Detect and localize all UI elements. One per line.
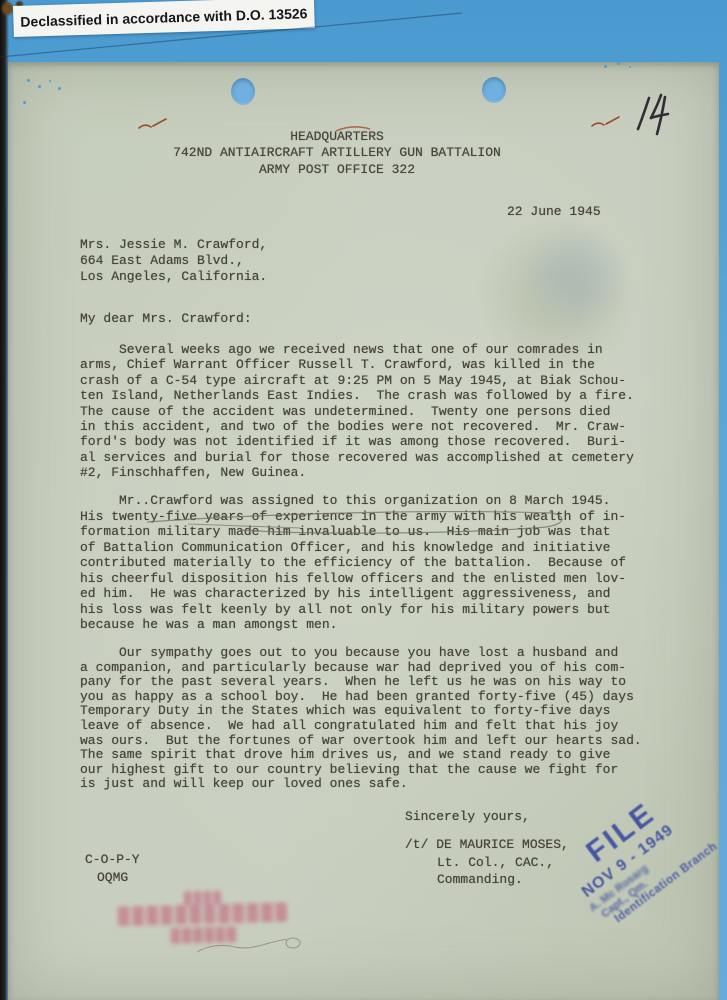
red-pencil-mark-header	[336, 127, 370, 131]
pencil-scribble	[197, 938, 300, 952]
folder-crease-line	[0, 13, 462, 57]
handwritten-page-number	[638, 95, 668, 134]
scanned-letter-page: Declassified in accordance with D.O. 135…	[0, 0, 727, 1000]
annotations-overlay	[0, 0, 727, 1000]
red-check-mark-left	[139, 119, 166, 128]
pencil-stroke	[188, 524, 300, 528]
pencil-underline	[147, 512, 552, 522]
pencil-swoop	[240, 513, 562, 533]
red-check-mark-right	[592, 117, 619, 126]
